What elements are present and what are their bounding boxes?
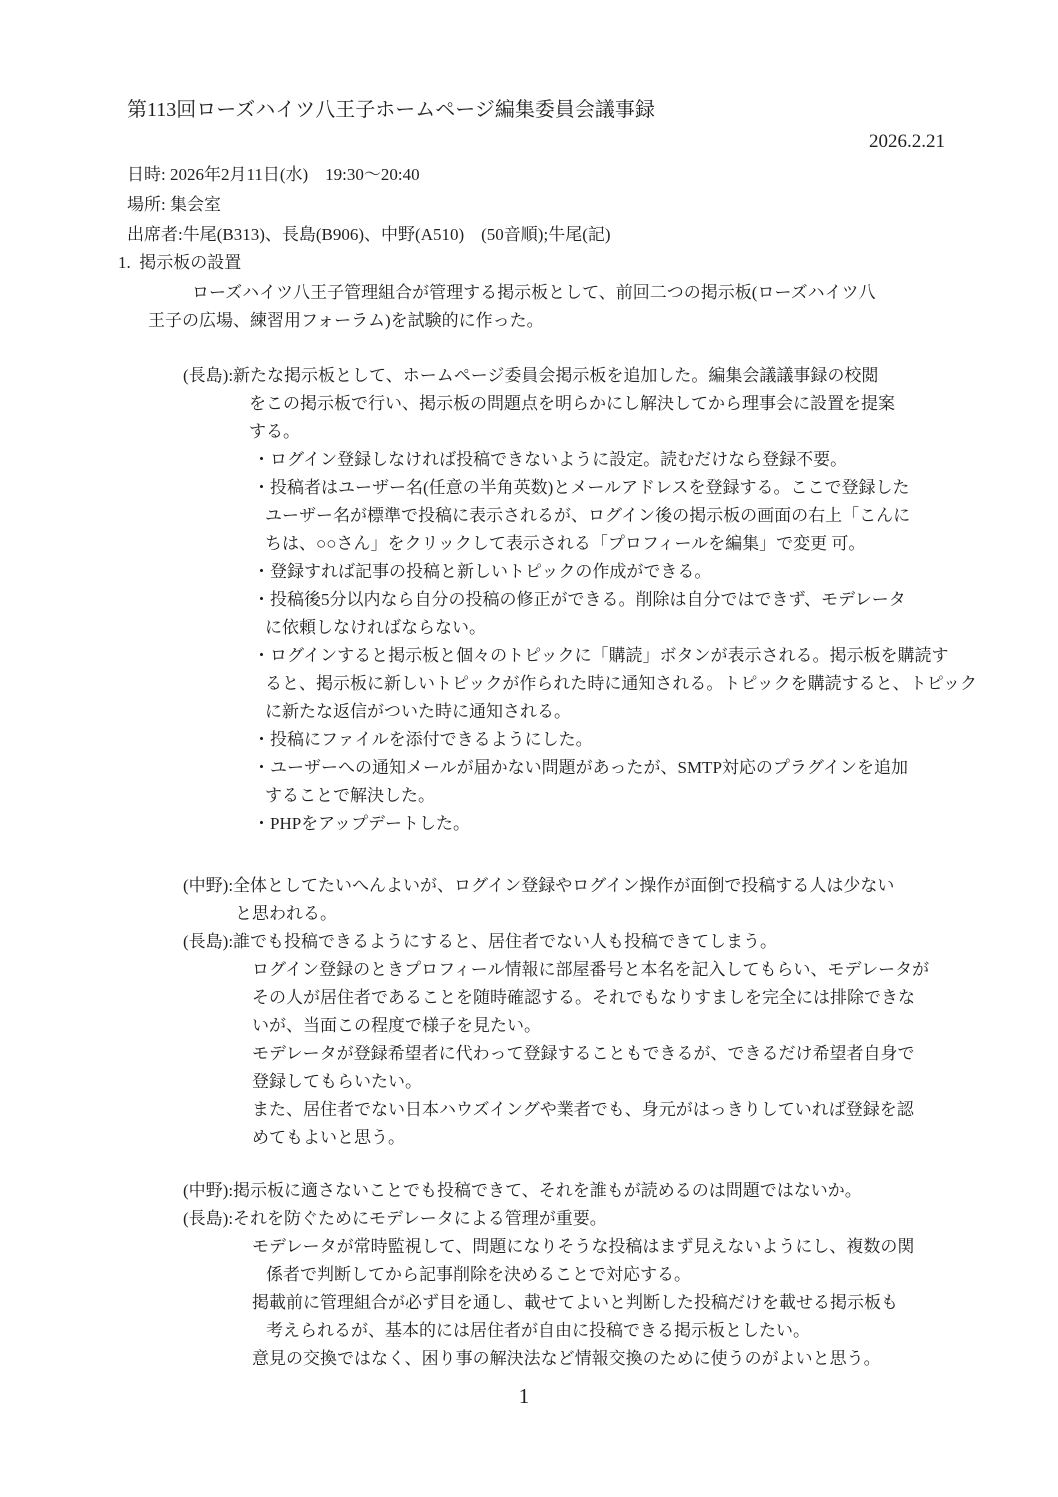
- speaker-line-nagashima: (長島):新たな掲示板として、ホームページ委員会掲示板を追加した。編集会議議事録…: [183, 362, 1058, 390]
- speech-line: また、居住者でない日本ハウズイングや業者でも、身元がはっきりしていれば登録を認: [252, 1096, 1058, 1124]
- section-heading: 1. 掲示板の設置: [118, 249, 1058, 277]
- page-number: 1: [0, 1382, 1048, 1410]
- speaker-line-nakano: (中野):掲示板に適さないことでも投稿できて、それを誰もが読めるのは問題ではない…: [183, 1177, 1058, 1205]
- speaker-line-nagashima: (長島):誰でも投稿できるようにすると、居住者でない人も投稿できてしまう。: [183, 928, 1058, 956]
- bullet-line: ・登録すれば記事の投稿と新しいトピックの作成ができる。: [253, 558, 1058, 586]
- speech-line: めてもよいと思う。: [252, 1124, 1058, 1152]
- meta-attendees: 出席者:牛尾(B313)、長島(B906)、中野(A510) (50音順);牛尾…: [127, 221, 1058, 249]
- speech-line: する。: [249, 418, 1058, 446]
- bullet-line: ・ユーザーへの通知メールが届かない問題があったが、SMTP対応のプラグインを追加: [253, 754, 1058, 782]
- bullet-line: に依頼しなければならない。: [265, 614, 1058, 642]
- speech-line: モデレータが登録希望者に代わって登録することもできるが、できるだけ希望者自身で: [252, 1040, 1058, 1068]
- intro-line: 王子の広場、練習用フォーラム)を試験的に作った。: [148, 307, 1058, 335]
- speech-line: その人が居住者であることを随時確認する。それでもなりすましを完全には排除できな: [252, 984, 1058, 1012]
- speech-line: 意見の交換ではなく、困り事の解決法など情報交換のために使うのがよいと思う。: [252, 1345, 1058, 1373]
- document-page: 第113回ローズハイツ八王子ホームページ編集委員会議事録2026.2.21日時:…: [0, 0, 1058, 1497]
- bullet-line: ・ログイン登録しなければ投稿できないように設定。読むだけなら登録不要。: [253, 446, 1058, 474]
- speech-line: モデレータが常時監視して、問題になりそうな投稿はまず見えないようにし、複数の関: [252, 1233, 1058, 1261]
- bullet-line: することで解決した。: [265, 782, 1058, 810]
- meta-location: 場所: 集会室: [127, 191, 1058, 219]
- bullet-line: ・投稿後5分以内なら自分の投稿の修正ができる。削除は自分ではできず、モデレータ: [253, 586, 1058, 614]
- bullet-line: ユーザー名が標準で投稿に表示されるが、ログイン後の掲示板の画面の右上「こんに: [265, 502, 1058, 530]
- doc-date: 2026.2.21: [0, 128, 945, 156]
- bullet-line: ・PHPをアップデートした。: [253, 810, 1058, 838]
- bullet-line: ・投稿にファイルを添付できるようにした。: [253, 726, 1058, 754]
- speech-line: をこの掲示板で行い、掲示板の問題点を明らかにし解決してから理事会に設置を提案: [249, 390, 1058, 418]
- bullet-line: ちは、○○さん」をクリックして表示される「プロフィールを編集」で変更 可。: [265, 530, 1058, 558]
- speech-line: いが、当面この程度で様子を見たい。: [252, 1012, 1058, 1040]
- bullet-line: ・ログインすると掲示板と個々のトピックに「購読」ボタンが表示される。掲示板を購読…: [253, 642, 1058, 670]
- doc-title: 第113回ローズハイツ八王子ホームページ編集委員会議事録: [127, 96, 1058, 124]
- speech-line: ログイン登録のときプロフィール情報に部屋番号と本名を記入してもらい、モデレータが: [252, 956, 1058, 984]
- speech-line: 登録してもらいたい。: [252, 1068, 1058, 1096]
- bullet-line: ると、掲示板に新しいトピックが作られた時に通知される。トピックを購読すると、トピ…: [265, 670, 1058, 698]
- speaker-line-nakano: (中野):全体としてたいへんよいが、ログイン登録やログイン操作が面倒で投稿する人…: [183, 872, 1058, 900]
- bullet-line: に新たな返信がついた時に通知される。: [265, 698, 1058, 726]
- speech-line: 考えられるが、基本的には居住者が自由に投稿できる掲示板としたい。: [266, 1317, 1058, 1345]
- intro-line: ローズハイツ八王子管理組合が管理する掲示板として、前回二つの掲示板(ローズハイツ…: [192, 279, 1058, 307]
- meeting-minutes-document: 第113回ローズハイツ八王子ホームページ編集委員会議事録2026.2.21日時:…: [0, 96, 1058, 1410]
- speech-line: と思われる。: [235, 900, 1058, 928]
- bullet-line: ・投稿者はユーザー名(任意の半角英数)とメールアドレスを登録する。ここで登録した: [253, 474, 1058, 502]
- speech-line: 掲載前に管理組合が必ず目を通し、載せてよいと判断した投稿だけを載せる掲示板も: [252, 1289, 1058, 1317]
- meta-datetime: 日時: 2026年2月11日(水) 19:30〜20:40: [127, 161, 1058, 189]
- speaker-line-nagashima: (長島):それを防ぐためにモデレータによる管理が重要。: [183, 1205, 1058, 1233]
- speech-line: 係者で判断してから記事削除を決めることで対応する。: [266, 1261, 1058, 1289]
